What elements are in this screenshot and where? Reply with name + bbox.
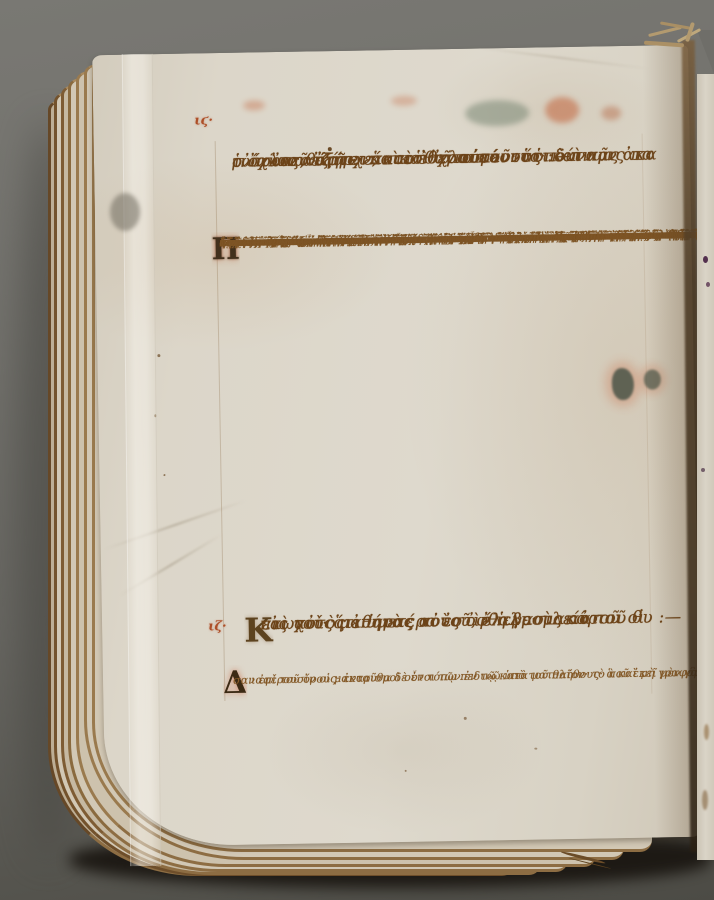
foxing-spot <box>157 354 160 357</box>
stain-speck <box>704 724 709 740</box>
parchment-crease <box>104 500 246 551</box>
stain-speck <box>706 282 710 287</box>
headband-thread <box>648 26 682 37</box>
ink-showthrough-smudge <box>465 100 529 127</box>
tape-stain <box>110 193 140 231</box>
commentary-block: ιαφέρουσιν οἱ μακαρισμοὶ οὗτοι τῶν ἐν τῷ… <box>233 666 669 674</box>
parchment-crease <box>473 46 652 70</box>
stain-speck <box>701 468 705 472</box>
manuscript-photo: ιϛ· πε τῶν μακαρισμῶν :~ νόσων αὐτῶν· κα… <box>0 0 714 900</box>
ink-blot <box>612 368 635 400</box>
foxing-spot <box>534 748 537 750</box>
foxing-spot <box>328 147 332 151</box>
chapter-number-rubric: ιζ· <box>208 619 227 634</box>
red-ink-smudge <box>545 97 579 124</box>
stain-speck <box>702 790 708 810</box>
commentary-block: άντα πρὸς οἰκοδομὴν ἡμῖν συνεγράφη ὧδε· … <box>219 229 643 236</box>
foxing-spot <box>163 474 165 476</box>
commentary-line: σαν ἐπὶ τοῦ ὄρους· ἐνταῦθα δὲ ἐν τόπῳ πε… <box>233 665 714 693</box>
red-ink-smudge <box>391 96 417 106</box>
lemma-line: ρ᾽ αὐτοῦ ἐξήρχετο καὶ ἰᾶτο πάντας :— <box>232 146 571 175</box>
gospel-lemma-block: αὶ αὐτὸς ἐπάρας τοὺς ὀφθαλμοὺς αὐτοῦ εἰς… <box>270 608 642 614</box>
red-ink-smudge <box>601 106 621 120</box>
gospel-lemma-block: νόσων αὐτῶν· καὶ οἱ ὀχλούμενοι ὑπὸ πνων … <box>232 145 624 152</box>
commentary-line: τέχνης πνικῶν· τὰς ψυχὰς μὴ θεραπεύειν ἐ… <box>219 226 714 255</box>
foxing-spot <box>405 770 407 772</box>
facing-page-edge <box>697 74 714 860</box>
manuscript-page: ιϛ· πε τῶν μακαρισμῶν :~ νόσων αὐτῶν· κα… <box>92 45 702 847</box>
ink-blot <box>644 369 661 389</box>
chapter-number-rubric: ιϛ· <box>194 113 213 128</box>
stain-speck <box>703 256 708 263</box>
facing-page-edge-cut <box>697 30 714 76</box>
foxing-spot <box>464 717 467 720</box>
lemma-line: πτωχοί· ὅτι ὑμετέρα ἐστὶν ἡ βασιλεία τοῦ… <box>260 607 682 637</box>
red-ink-smudge <box>243 100 265 110</box>
margin-ruling-line <box>215 141 226 701</box>
chapter-title-rubric: πε τῶν μακαρισμῶν :~ <box>234 105 484 109</box>
